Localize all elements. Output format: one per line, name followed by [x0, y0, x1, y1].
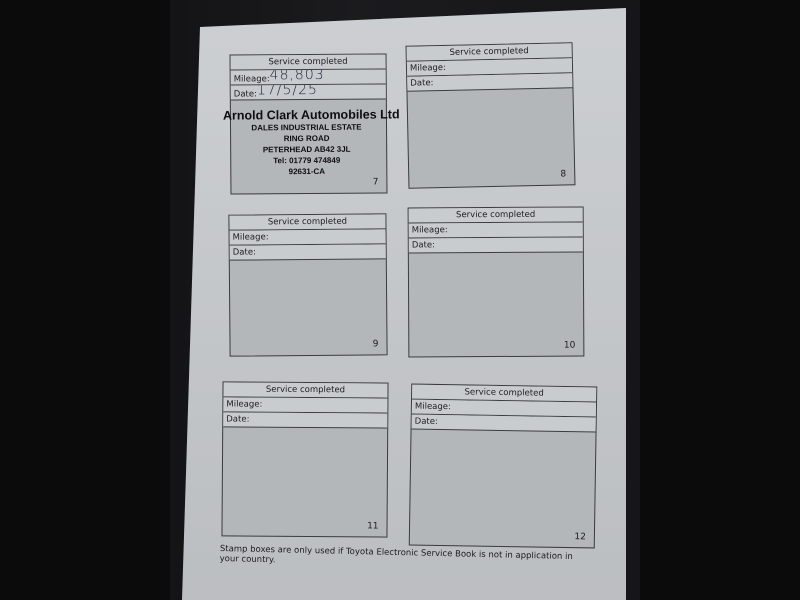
mileage-label: Mileage:: [226, 399, 262, 409]
dealer-stamp: Arnold Clark Automobiles Ltd DALES INDUS…: [223, 107, 390, 177]
service-book-page: [0, 0, 800, 600]
service-box-12: Service completed Mileage: Date: 12: [409, 384, 598, 549]
stamp-area: Arnold Clark Automobiles Ltd DALES INDUS…: [231, 99, 387, 193]
mileage-row: Mileage:: [230, 229, 386, 245]
box-number: 8: [560, 169, 566, 179]
date-label: Date:: [410, 78, 433, 88]
stamp-area: 10: [409, 253, 584, 357]
mileage-label: Mileage:: [412, 225, 448, 235]
mileage-label: Mileage:: [415, 402, 451, 413]
date-handwritten-value: 17/5/25: [257, 84, 318, 98]
mileage-row: Mileage:: [223, 397, 387, 413]
date-label: Date:: [226, 414, 249, 424]
date-row: Date:: [230, 244, 386, 260]
mileage-handwritten-value: 48,803: [270, 69, 325, 83]
service-box-10: Service completed Mileage: Date: 10: [408, 207, 585, 358]
service-box-header: Service completed: [409, 208, 583, 224]
date-row: Date:: [223, 412, 387, 428]
box-number: 11: [367, 521, 379, 531]
service-box-8: Service completed Mileage: Date: 8: [406, 42, 576, 188]
date-label: Date:: [412, 240, 435, 250]
box-number: 12: [574, 532, 586, 542]
box-number: 10: [564, 341, 576, 351]
box-number: 9: [373, 339, 379, 349]
service-box-9: Service completed Mileage: Date: 9: [228, 213, 387, 356]
date-row: Date:: [409, 238, 583, 254]
date-label: Date:: [415, 417, 438, 427]
date-row: Date:17/5/25: [231, 84, 386, 100]
service-box-header: Service completed: [223, 382, 387, 398]
mileage-label: Mileage:: [410, 63, 446, 74]
stamp-code: 92631-CA: [223, 165, 390, 177]
mileage-label: Mileage:: [233, 232, 269, 242]
stamp-area: 9: [230, 259, 387, 355]
mileage-row: Mileage:: [409, 223, 583, 239]
service-box-7: Service completed Mileage:48,803 Date:17…: [230, 53, 388, 194]
service-box-header: Service completed: [229, 214, 385, 230]
service-box-11: Service completed Mileage: Date: 11: [221, 381, 388, 537]
stamp-area: 11: [222, 427, 387, 536]
date-label: Date:: [234, 89, 257, 99]
date-label: Date:: [233, 247, 256, 257]
stamp-area: 12: [410, 430, 596, 548]
mileage-row: Mileage:48,803: [231, 69, 386, 85]
mileage-label: Mileage:: [234, 74, 270, 84]
stamp-company: Arnold Clark Automobiles Ltd: [223, 107, 390, 122]
stamp-area: 8: [407, 88, 574, 187]
service-box-header: Service completed: [231, 54, 386, 70]
box-number: 7: [373, 178, 379, 188]
